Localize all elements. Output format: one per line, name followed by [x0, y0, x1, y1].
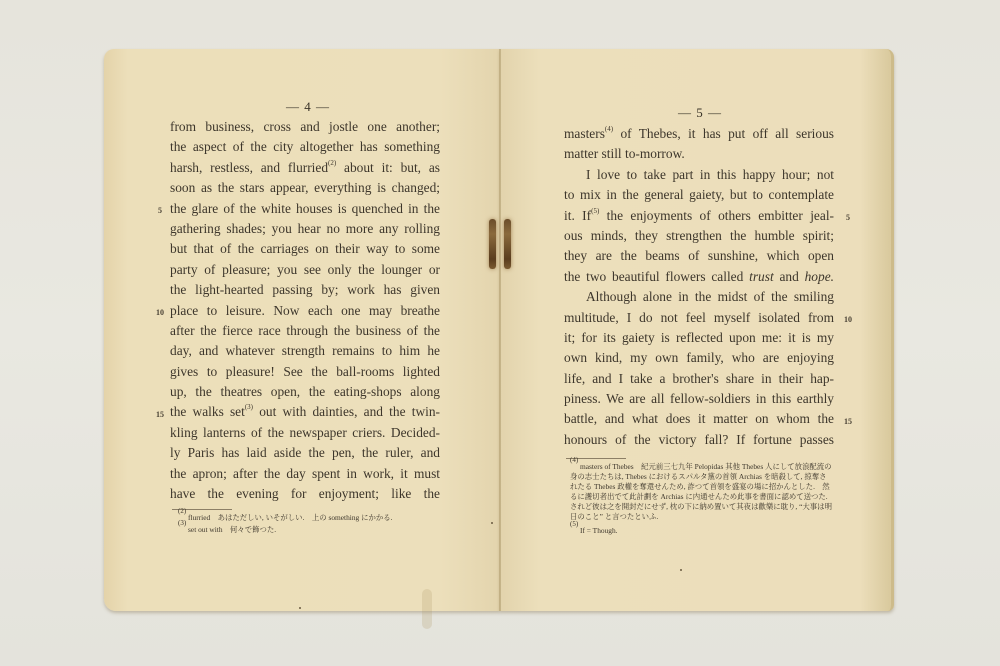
text-line: the apron; after the day spent in work, …	[170, 464, 440, 484]
text-line: Although alone in the midst of the smili…	[564, 287, 834, 307]
paper-speck	[299, 607, 301, 609]
text-line: matter still to-morrow.	[564, 144, 834, 164]
footnote: (5) If = Though.	[570, 524, 832, 536]
text-line: have the evening for enjoyment; like the	[170, 484, 440, 504]
text-line: from business, cross and jostle one anot…	[170, 117, 440, 137]
text-line: but that of the carriages on their way t…	[170, 239, 440, 259]
text-line: the glare of the white houses is quenche…	[170, 199, 440, 219]
open-book: — 4 — from business, cross and jostle on…	[104, 49, 894, 611]
footnotes: (2) flurried あはただしい, いそがしい. 上の something…	[178, 511, 438, 535]
line-number: 15	[156, 410, 164, 419]
footnote-ref: (3)	[245, 403, 253, 411]
text-line: ous minds, they strengthen the humble sp…	[564, 226, 834, 246]
right-page: — 5 — masters(4) of Thebes, it has put o…	[500, 49, 894, 611]
book-gutter	[499, 49, 501, 611]
text-line: life, and I take a brother's share in th…	[564, 369, 834, 389]
text-line: up, the theatres open, the eating-shops …	[170, 382, 440, 402]
text-line: to mix in the general gaiety, but to con…	[564, 185, 834, 205]
text-line: multitude, I do not feel myself isolated…	[564, 308, 834, 328]
paper-speck	[680, 569, 682, 571]
text-line: kling lanterns of the newspaper criers. …	[170, 423, 440, 443]
italic-trust: trust	[749, 269, 774, 284]
text-line: masters(4) of Thebes, it has put off all…	[564, 124, 834, 144]
page-number: — 5 —	[678, 105, 722, 121]
text-line: they are the beams of sunshine, which op…	[564, 246, 834, 266]
body-text: from business, cross and jostle one anot…	[170, 117, 440, 504]
text-line: honours of the victory fall? If fortune …	[564, 430, 834, 450]
paper-stain	[422, 589, 432, 629]
italic-hope: hope.	[805, 269, 834, 284]
text-line: party of pleasure; you see only the loun…	[170, 260, 440, 280]
footnote: (2) flurried あはただしい, いそがしい. 上の something…	[178, 511, 438, 523]
text-line: gives to pleasure! See the ball-rooms li…	[170, 362, 440, 382]
line-number: 5	[158, 206, 162, 215]
footnote: (4) masters of Thebes 紀元前三七九年 Pelopidas …	[570, 460, 832, 522]
paper-speck	[491, 522, 493, 524]
text-line: ly Paris has laid aside the pen, the rul…	[170, 443, 440, 463]
text-line: soon as the stars appear, everything is …	[170, 178, 440, 198]
page-number: — 4 —	[286, 99, 330, 115]
footnotes: (4) masters of Thebes 紀元前三七九年 Pelopidas …	[570, 460, 832, 536]
text-line: the light-hearted passing by; work has g…	[170, 280, 440, 300]
footnote-ref: (4)	[605, 125, 613, 133]
body-text: masters(4) of Thebes, it has put off all…	[564, 124, 834, 450]
text-line: it; for its gaiety is reflected upon me:…	[564, 328, 834, 348]
text-line: it. If(5) the enjoyments of others embit…	[564, 206, 834, 226]
footnote-ref: (2)	[328, 159, 336, 167]
text-line: the two beautiful flowers called trust a…	[564, 267, 834, 287]
text-line: battle, and what does it matter on whom …	[564, 409, 834, 429]
text-line: I love to take part in this happy hour; …	[564, 165, 834, 185]
left-page: — 4 — from business, cross and jostle on…	[104, 49, 500, 611]
text-line: own kind, my own family, who are enjoyin…	[564, 348, 834, 368]
staple-right	[504, 219, 511, 269]
text-line: piness. We are all fellow-soldiers in th…	[564, 389, 834, 409]
text-line: the aspect of the city altogether has so…	[170, 137, 440, 157]
line-number: 15	[844, 417, 852, 426]
text-line: the walks set(3) out with dainties, and …	[170, 402, 440, 422]
text-line: harsh, restless, and flurried(2) about i…	[170, 158, 440, 178]
line-number: 10	[844, 315, 852, 324]
line-number: 10	[156, 308, 164, 317]
footnote: (3) set out with 何々で飾つた.	[178, 523, 438, 535]
text-line: gathering shades; you hear no more any r…	[170, 219, 440, 239]
text-line: after the fierce race through the busine…	[170, 321, 440, 341]
line-number: 5	[846, 213, 850, 222]
text-line: day, and whatever strength remains to hi…	[170, 341, 440, 361]
staple-left	[489, 219, 496, 269]
text-line: place to leisure. Now each one may breat…	[170, 301, 440, 321]
